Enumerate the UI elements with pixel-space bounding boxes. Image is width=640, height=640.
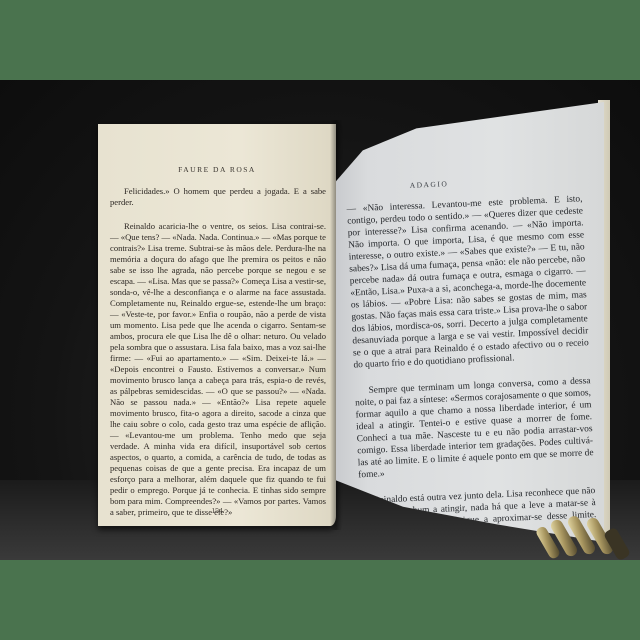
left-running-head: FAURE DA ROSA <box>98 165 336 174</box>
top-border-band <box>0 0 640 80</box>
left-page: FAURE DA ROSA Felicidades.» O homem que … <box>98 124 336 526</box>
right-paragraph-2: Sempre que terminam um longa conversa, c… <box>354 375 594 481</box>
right-page-text: — «Não interessa. Levantou-me este probl… <box>346 193 597 543</box>
book-photo: FAURE DA ROSA Felicidades.» O homem que … <box>0 80 640 560</box>
right-paragraph-1: — «Não interessa. Levantou-me este probl… <box>346 193 589 371</box>
right-running-head: ADAGIO <box>410 179 449 190</box>
brass-hand-bookweight-icon <box>536 512 632 560</box>
bottom-border-band <box>0 560 640 640</box>
right-page: ADAGIO — «Não interessa. Levantou-me est… <box>336 102 604 542</box>
left-paragraph: Reinaldo acaricia-lhe o ventre, os seios… <box>110 221 326 518</box>
left-page-number: 154 <box>98 506 336 515</box>
left-opening-lines: Felicidades.» O homem que perdeu a jogad… <box>110 186 326 208</box>
left-page-text: Felicidades.» O homem que perdeu a jogad… <box>110 186 326 518</box>
